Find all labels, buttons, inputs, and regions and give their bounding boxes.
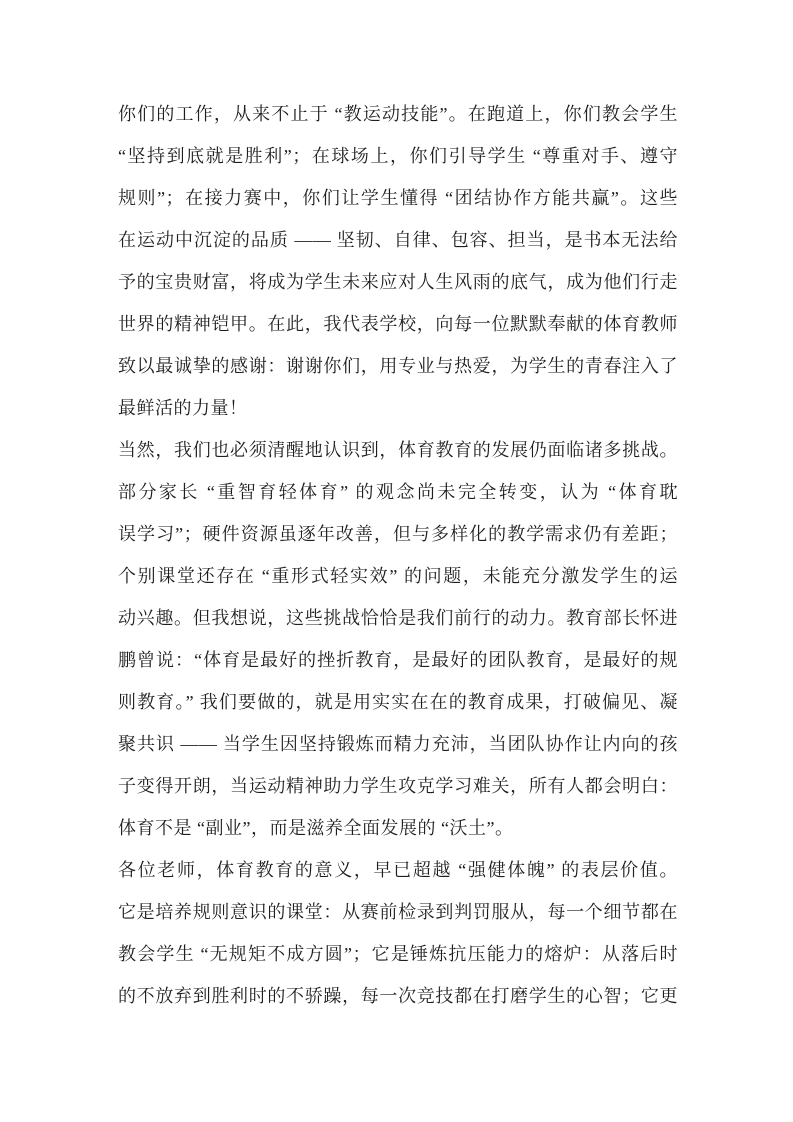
text-line: 鹏曾说：“体育是最好的挫折教育，是最好的团队教育，是最好的规: [118, 639, 678, 681]
text-line: 教会学生 “无规矩不成方圆”；它是锤炼抗压能力的熔炉：从落后时: [118, 933, 678, 975]
text-line: 当然，我们也必须清醒地认识到，体育教育的发展仍面临诸多挑战。: [118, 429, 678, 471]
paragraph-2: 当然，我们也必须清醒地认识到，体育教育的发展仍面临诸多挑战。 部分家长 “重智育…: [118, 429, 678, 849]
text-line: 致以最诚挚的感谢：谢谢你们，用专业与热爱，为学生的青春注入了: [118, 345, 678, 387]
paragraph-3: 各位老师，体育教育的意义，早已超越 “强健体魄” 的表层价值。 它是培养规则意识…: [118, 849, 678, 1017]
text-line: 聚共识 —— 当学生因坚持锻炼而精力充沛，当团队协作让内向的孩: [118, 723, 678, 765]
text-line: 则教育。” 我们要做的，就是用实实在在的教育成果，打破偏见、凝: [118, 681, 678, 723]
text-line: 最鲜活的力量！: [118, 387, 678, 429]
text-line: 各位老师，体育教育的意义，早已超越 “强健体魄” 的表层价值。: [118, 849, 678, 891]
text-line: 部分家长 “重智育轻体育” 的观念尚未完全转变，认为 “体育耽: [118, 471, 678, 513]
text-line: 的不放弃到胜利时的不骄躁，每一次竞技都在打磨学生的心智；它更: [118, 975, 678, 1017]
document-page: 你们的工作，从来不止于 “教运动技能”。在跑道上，你们教会学生 “坚持到底就是胜…: [0, 0, 793, 1122]
text-line: 世界的精神铠甲。在此，我代表学校，向每一位默默奉献的体育教师: [118, 303, 678, 345]
text-line: 动兴趣。但我想说，这些挑战恰恰是我们前行的动力。教育部长怀进: [118, 597, 678, 639]
text-line: 规则”；在接力赛中，你们让学生懂得 “团结协作方能共赢”。这些: [118, 177, 678, 219]
text-line: 误学习”；硬件资源虽逐年改善，但与多样化的教学需求仍有差距；: [118, 513, 678, 555]
text-line: 在运动中沉淀的品质 —— 坚韧、自律、包容、担当，是书本无法给: [118, 219, 678, 261]
text-line: “坚持到底就是胜利”；在球场上，你们引导学生 “尊重对手、遵守: [118, 135, 678, 177]
text-line: 你们的工作，从来不止于 “教运动技能”。在跑道上，你们教会学生: [118, 93, 678, 135]
paragraph-1: 你们的工作，从来不止于 “教运动技能”。在跑道上，你们教会学生 “坚持到底就是胜…: [118, 93, 678, 429]
text-line: 予的宝贵财富，将成为学生未来应对人生风雨的底气，成为他们行走: [118, 261, 678, 303]
text-line: 个别课堂还存在 “重形式轻实效” 的问题，未能充分激发学生的运: [118, 555, 678, 597]
text-line: 它是培养规则意识的课堂：从赛前检录到判罚服从，每一个细节都在: [118, 891, 678, 933]
text-line: 体育不是 “副业”，而是滋养全面发展的 “沃土”。: [118, 807, 678, 849]
document-text: 你们的工作，从来不止于 “教运动技能”。在跑道上，你们教会学生 “坚持到底就是胜…: [118, 93, 678, 1017]
text-line: 子变得开朗，当运动精神助力学生攻克学习难关，所有人都会明白：: [118, 765, 678, 807]
